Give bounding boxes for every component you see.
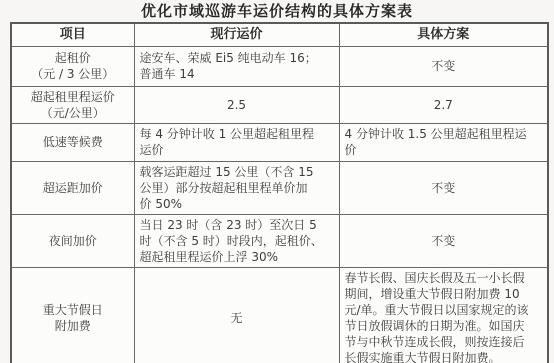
table-row: 超运距加价 载客运距超过 15 公里（不含 15 公里）部分按超起租里程单价加 … (11, 161, 548, 214)
fare-structure-table: 项目 现行运价 具体方案 起租价 （元 / 3 公里） 途安车、荣威 Ei5 纯… (10, 22, 549, 363)
table-row: 夜间加价 当日 23 时（含 23 时）至次日 5 时（不含 5 时）时段内，起… (11, 214, 548, 267)
cell-current-fare: 途安车、荣威 Ei5 纯电动车 16； 普通车 14 (134, 46, 339, 86)
cell-specific-plan: 不变 (339, 161, 548, 214)
cell-item: 低速等候费 (11, 123, 134, 161)
document-page: 优化市域巡游车运价结构的具体方案表 项目 现行运价 具体方案 起租价 （元 / … (0, 0, 554, 363)
cell-item: 超运距加价 (11, 161, 134, 214)
header-cell-item: 项目 (11, 23, 134, 46)
cell-item: 超起租里程运价 （元/公里） (11, 86, 134, 123)
header-cell-specific-plan: 具体方案 (339, 23, 548, 46)
header-cell-current-fare: 现行运价 (134, 23, 339, 46)
cell-specific-plan: 不变 (339, 46, 548, 86)
cell-current-fare: 当日 23 时（含 23 时）至次日 5 时（不含 5 时）时段内，起租价、 超… (134, 214, 339, 267)
cell-current-fare: 无 (134, 267, 339, 363)
cell-item: 重大节假日 附加费 (11, 267, 134, 363)
table-row: 低速等候费 每 4 分钟计收 1 公里超起租里程 运价 4 分钟计收 1.5 公… (11, 123, 548, 161)
page-title: 优化市域巡游车运价结构的具体方案表 (0, 1, 554, 22)
table-header-row: 项目 现行运价 具体方案 (11, 23, 548, 46)
cell-current-fare: 每 4 分钟计收 1 公里超起租里程 运价 (134, 123, 339, 161)
cell-item: 夜间加价 (11, 214, 134, 267)
cell-item: 起租价 （元 / 3 公里） (11, 46, 134, 86)
cell-specific-plan: 春节长假、国庆长假及五一小长假 期间，增设重大节假日附加费 10 元/单。重大节… (339, 267, 548, 363)
table-row: 超起租里程运价 （元/公里） 2.5 2.7 (11, 86, 548, 123)
table-row: 重大节假日 附加费 无 春节长假、国庆长假及五一小长假 期间，增设重大节假日附加… (11, 267, 548, 363)
cell-specific-plan: 2.7 (339, 86, 548, 123)
cell-current-fare: 载客运距超过 15 公里（不含 15 公里）部分按超起租里程单价加 价 50% (134, 161, 339, 214)
table-row: 起租价 （元 / 3 公里） 途安车、荣威 Ei5 纯电动车 16； 普通车 1… (11, 46, 548, 86)
cell-current-fare: 2.5 (134, 86, 339, 123)
cell-specific-plan: 不变 (339, 214, 548, 267)
cell-specific-plan: 4 分钟计收 1.5 公里超起租里程运 价 (339, 123, 548, 161)
